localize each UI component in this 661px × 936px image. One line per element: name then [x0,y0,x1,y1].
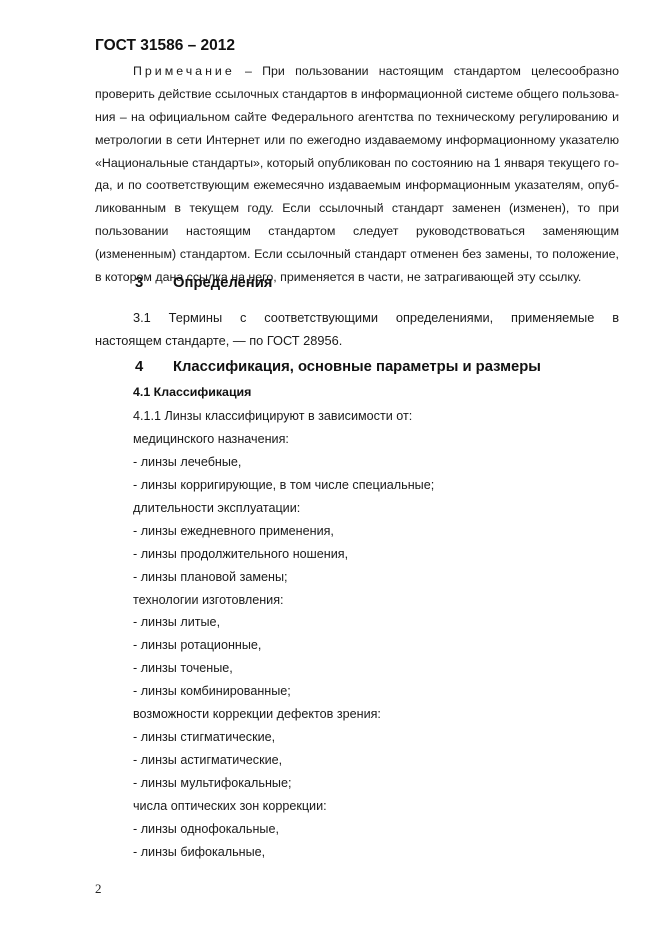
list-item: - линзы мультифокальные; [133,772,434,795]
note-line: ликованным в текущем году. Если ссылочны… [95,197,619,220]
section-number: 4 [135,359,143,375]
note-line: проверить действие ссылочных стандартов … [95,83,619,106]
list-item: числа оптических зон коррекции: [133,795,434,818]
list-item: - линзы точеные, [133,657,434,680]
list-item: медицинского назначения: [133,428,434,451]
list-item: - линзы ежедневного применения, [133,520,434,543]
document-header: ГОСТ 31586 – 2012 [95,37,235,55]
list-item: 4.1.1 Линзы классифицируют в зависимости… [133,405,434,428]
list-item: длительности эксплуатации: [133,497,434,520]
note-line: метрологии в сети Интернет или по ежегод… [95,129,619,152]
document-page: ГОСТ 31586 – 2012 Примечание – При польз… [0,0,661,936]
paragraph-line: настоящем стандарте, — по ГОСТ 28956. [95,329,619,352]
list-item: - линзы комбинированные; [133,680,434,703]
note-label: Примечание [133,64,235,78]
note-line: (измененным) стандартом. Если ссылочный … [95,243,619,266]
list-item: - линзы однофокальные, [133,818,434,841]
note-line: ния – на официальном сайте Федерального … [95,106,619,129]
list-item: технологии изготовления: [133,589,434,612]
list-item: - линзы литые, [133,611,434,634]
list-item: - линзы стигматические, [133,726,434,749]
section-title: Классификация, основные параметры и разм… [173,359,541,375]
note-paragraph: Примечание – При пользовании настоящим с… [95,60,619,289]
note-line: «Национальные стандарты», который опубли… [95,152,619,175]
list-item: - линзы продолжительного ношения, [133,543,434,566]
list-item: - линзы плановой замены; [133,566,434,589]
list-item: возможности коррекции дефектов зрения: [133,703,434,726]
list-item: - линзы астигматические, [133,749,434,772]
paragraph-line: 3.1 Термины с соответствующими определен… [95,306,619,329]
note-line: да, и по соответствующим ежемесячно изда… [95,174,619,197]
subsection-heading: 4.1 Классификация [133,385,251,399]
section-number: 3 [135,275,143,291]
classification-list: 4.1.1 Линзы классифицируют в зависимости… [133,405,434,864]
list-item: - линзы лечебные, [133,451,434,474]
section-title: Определения [173,275,272,291]
section-3-paragraph: 3.1 Термины с соответствующими определен… [95,306,619,352]
list-item: - линзы корригирующие, в том числе специ… [133,474,434,497]
page-number: 2 [95,881,102,897]
list-item: - линзы ротационные, [133,634,434,657]
list-item: - линзы бифокальные, [133,841,434,864]
note-line: пользовании настоящим стандартом следует… [95,220,619,243]
note-line: Примечание – При пользовании настоящим с… [95,60,619,83]
